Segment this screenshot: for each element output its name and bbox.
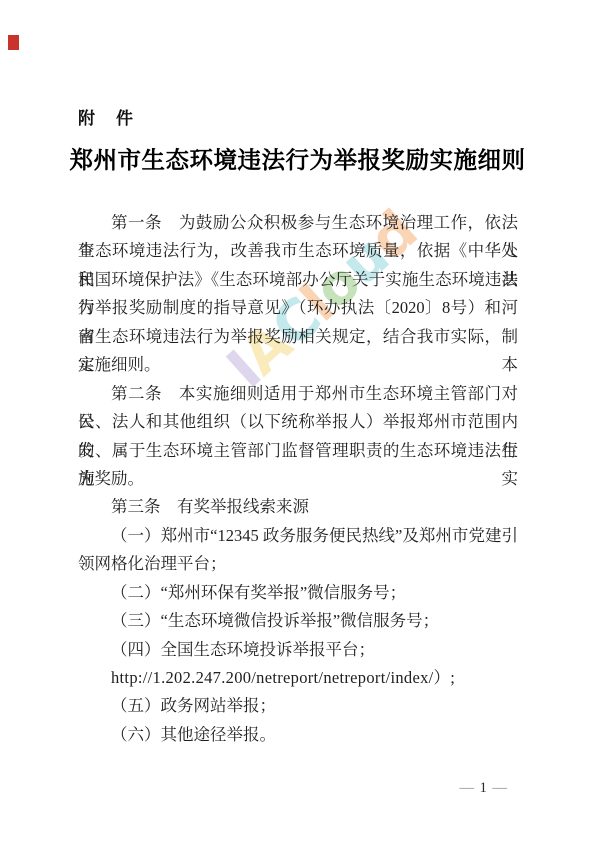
page-number: — 1 — [460, 780, 509, 797]
body-line: （五）政务网站举报； [78, 692, 518, 720]
body-line: 第二条 本实施细则适用于郑州市生态环境主管部门对公 [78, 380, 518, 408]
body-line: （六）其他途径举报。 [78, 721, 518, 749]
body-line: 为举报奖励制度的指导意见》（环办执法〔2020〕8号）和河南 [78, 294, 518, 322]
body-line: 生态环境违法行为，改善我市生态环境质量，依据《中华人民共 [78, 237, 518, 265]
page-number-dash-left: — [460, 780, 476, 796]
body-line: 领网格化治理平台； [78, 550, 518, 578]
document-page: IACloud 附 件 郑州市生态环境违法行为举报奖励实施细则 第一条 为鼓励公… [0, 0, 595, 841]
body-line: （三）“生态环境微信投诉举报”微信服务号； [78, 607, 518, 635]
body-line: 民、法人和其他组织（以下统称举报人）举报郑州市范围内发生 [78, 408, 518, 436]
body-line: （一）郑州市“12345 政务服务便民热线”及郑州市党建引 [78, 522, 518, 550]
page-title: 郑州市生态环境违法行为举报奖励实施细则 [0, 141, 595, 175]
red-stamp-mark [8, 35, 19, 50]
page-number-dash-right: — [493, 780, 509, 796]
attachment-label: 附 件 [78, 104, 135, 129]
page-number-value: 1 [480, 780, 488, 796]
body-line: http://1.202.247.200/netreport/netreport… [78, 664, 518, 692]
body-line: （四）全国生态环境投诉举报平台； [78, 636, 518, 664]
document-body: 第一条 为鼓励公众积极参与生态环境治理工作，依法查处生态环境违法行为，改善我市生… [78, 209, 518, 749]
body-line: 第一条 为鼓励公众积极参与生态环境治理工作，依法查处 [78, 209, 518, 237]
body-line: 和国环境保护法》《生态环境部办公厅关于实施生态环境违法行 [78, 266, 518, 294]
body-line: 第三条 有奖举报线索来源 [78, 493, 518, 521]
body-line: （二）“郑州环保有奖举报”微信服务号； [78, 579, 518, 607]
body-line: 省生态环境违法行为举报奖励相关规定，结合我市实际，制定本 [78, 323, 518, 351]
body-line: 的、属于生态环境主管部门监督管理职责的生态环境违法行为实 [78, 437, 518, 465]
